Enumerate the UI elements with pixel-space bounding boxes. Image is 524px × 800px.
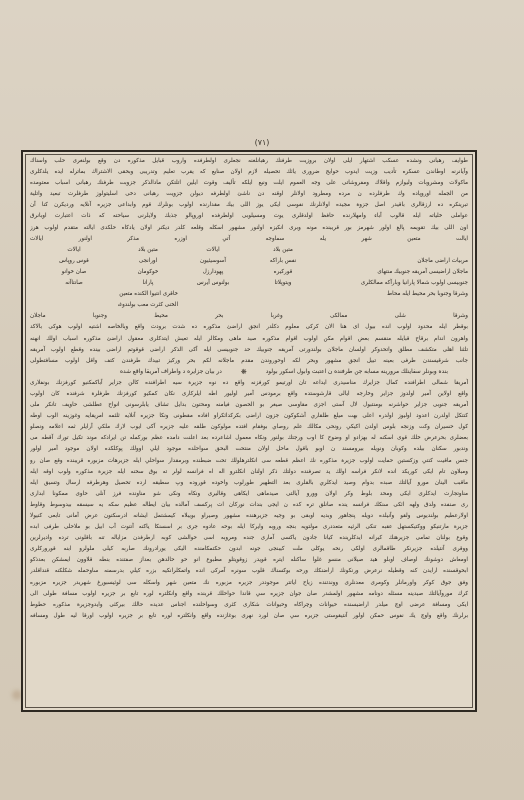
text-line: جزيرة مارتنيكو ووكتيكستهل عقبه تنكى الرث…: [30, 522, 468, 533]
text-line: من الجمله اوروپاده وك طرفلرده ن مرده ومط…: [30, 189, 468, 200]
text-line: وآيانرنه اوطاندن عسكره تأديب وزيت ايدوب …: [30, 167, 468, 178]
provinces-table: متين بلادايالاتمتين بلادايالاتمربيات ارا…: [30, 245, 468, 312]
table-cell: مربيات اراضى ماجلان: [318, 256, 468, 267]
text-line: ايكى ومسافة عرضى اوچ ميلدر اراضيسنده حيو…: [30, 600, 468, 611]
table-cell: صان خوانو: [30, 267, 118, 278]
table-cell: [178, 300, 248, 311]
text-line: وشرقا شلى ممالكى وغربا بحر محيط وجنوبا م…: [30, 311, 468, 322]
text-line: رى صنفده ولدق ولهه ائكى سنكك فرانسه ينده…: [30, 500, 468, 511]
paragraph-top: طوايف رهبانى ونشده عسكب اشتهار ايلى اولا…: [30, 156, 468, 245]
page-number: (٧١): [0, 138, 524, 147]
text-line: اولارعطيم بولنديوس ولقو وآنيلده دويله پن…: [30, 511, 468, 522]
text-line: اومعاش دوشونك اوصاف اوبلو هيد صيلانى منس…: [30, 555, 468, 566]
section-heading: بنده وبونلر سفاینلك مرورينه مسابه جن طرف…: [30, 367, 468, 378]
text-line: ماقبب الينان مورو آيالتك صبده بدوام وصيد…: [30, 478, 468, 489]
table-cell: وشرقا وجنوبا بحر محيط ايله محاط: [318, 289, 468, 300]
text-line: كرك موروآيالتك صيدينه مسئله دونامه مشهور…: [30, 589, 468, 600]
table-header: ايالات: [178, 245, 248, 256]
text-line: تبرینکره ده ارزقالرى باقیدر اصل جزوة مجی…: [30, 200, 468, 211]
text-line: آمريقا شمالى اطرافنده كمال جزايرك مناسيد…: [30, 378, 468, 389]
table-cell: نفس باراكه: [248, 256, 318, 267]
table-cell: [248, 300, 318, 311]
text-line: ومبلاون تام ايكى كوريكد انده لانكر فراسه…: [30, 467, 468, 478]
asterism-icon: ❋: [241, 367, 247, 378]
table-cell: قوركيره: [248, 267, 318, 278]
scanned-page: (٧١) طوايف رهبانى ونشده عسكب اشتهار ايلى…: [0, 0, 524, 800]
table-cell: [30, 300, 118, 311]
paragraph-bottom: آمريقا شمالى اطرافنده كمال جزايرك مناسيد…: [30, 378, 468, 622]
table-cell: صانتاآنه: [30, 278, 118, 289]
text-frame: طوايف رهبانى ونشده عسكب اشتهار ايلى اولا…: [21, 150, 477, 712]
table-header: متين بلاد: [248, 245, 318, 256]
table-cell: [318, 300, 468, 311]
text-line: طوايف رهبانى ونشده عسكب اشتهار ايلى اولا…: [30, 156, 468, 167]
text-line: جانب شرقيسندن طرفى بعينه تبيل انجق مشهور…: [30, 356, 468, 367]
text-line: برلرنك واقع واوچ يك نفوس حمكن اولور آنتي…: [30, 611, 468, 622]
text-line: تلثنا اهلى متكشف مطلق واتحدوكر اولسان ما…: [30, 345, 468, 356]
text-line: بوقطر ايله محدود اولوب انده بيول اى هنا …: [30, 322, 468, 333]
paragraph-middle: وشرقا شلى ممالكى وغربا بحر محيط وجنوبا م…: [30, 311, 468, 366]
table-cell: ويتوپلاتا: [248, 278, 318, 289]
text-line: ايالت متعين شهر يله سماوجه آتي اوزره مذك…: [30, 234, 468, 245]
text-line: بعضلرى بحرعرض خلك قوى اسكنه له بهزادو او…: [30, 433, 468, 444]
table-cell: خاقرى انتيوا الكنده متعين رشهر قاليوپ: [118, 289, 178, 300]
text-line: وقوع بولنان تمامى جزيرهنك كيرانه ايدكلري…: [30, 533, 468, 544]
text-line: جنس ماقيت كنتي وزكستين حمايت اولوب جزيرة…: [30, 456, 468, 467]
text-line: وندبور سكنان بيلده وكوبان ونويله بيرومسن…: [30, 444, 468, 455]
table-cell: اورانجى: [118, 256, 178, 267]
text-line: ابحوقسنده ارايدن كنه وقطيله نرعرض ورنكون…: [30, 566, 468, 577]
text-line: كنتكل اولدرن اعدود اوليوز اولدره اعلى به…: [30, 411, 468, 422]
table-cell: قوس روپاس: [30, 256, 118, 267]
section-heading-right: بنده وبونلر سفاینلك مرورينه مسابه جن طرف…: [266, 367, 448, 378]
table-cell: ماجلان اراضيسى آمريقه جنوبيك منتهاى: [318, 267, 468, 278]
text-line: ووقرى آنتيلده جزيرنكر طاقمالرى اولكى رنح…: [30, 544, 468, 555]
text-line: وفق جوق كوكر واورمانلر وكومرى معدنلرى وو…: [30, 578, 468, 589]
table-cell: پهودارزل: [178, 267, 248, 278]
text-line: واقع اولاين آمير اولدوز جزاير وخارجه ايا…: [30, 389, 468, 400]
text-line: مناوتجارت ايدكلرى ايكى ومحد بلوط وكر اول…: [30, 489, 468, 500]
table-cell: آسوسيئيون: [178, 256, 248, 267]
table-cell: خوكومان: [118, 267, 178, 278]
text-line: آمريقه جنوبى جزاير حواشرنه بومنتبول لال …: [30, 400, 468, 411]
table-cell: بولنوس آيرس: [178, 278, 248, 289]
table-header: متين بلاد: [118, 245, 178, 256]
section-heading-left: در بيان جزايره د واطراف آمريقا واقع شده: [120, 367, 222, 378]
table-header-blank: [318, 245, 468, 256]
text-line: عواملی خلیاته ایله قالوب آباء وامهلارنده…: [30, 211, 468, 222]
table-cell: پارانا: [118, 278, 178, 289]
table-cell: الخنى كثرت معب بولندوغى ميوره: [118, 300, 178, 311]
text-line: كول حسيران وكت وزنجه بلوس اولدن اكيكي رو…: [30, 422, 468, 433]
text-line: ماكولات ومشروبات وليوازم واقلاك ومفروشات…: [30, 178, 468, 189]
table-cell: [248, 289, 318, 300]
text-line: واهرون اندام برقاح قبايله منقسم بعض اقوا…: [30, 334, 468, 345]
table-cell: جنوبيسى اولوب شمالا پارانیا وبارآكه ممال…: [318, 278, 468, 289]
table-header: ايالات: [30, 245, 118, 256]
table-cell: [30, 289, 118, 300]
text-line: اون اللی بیك تقویمه پالغ اولور شهرمز بور…: [30, 223, 468, 234]
table-cell: [178, 289, 248, 300]
